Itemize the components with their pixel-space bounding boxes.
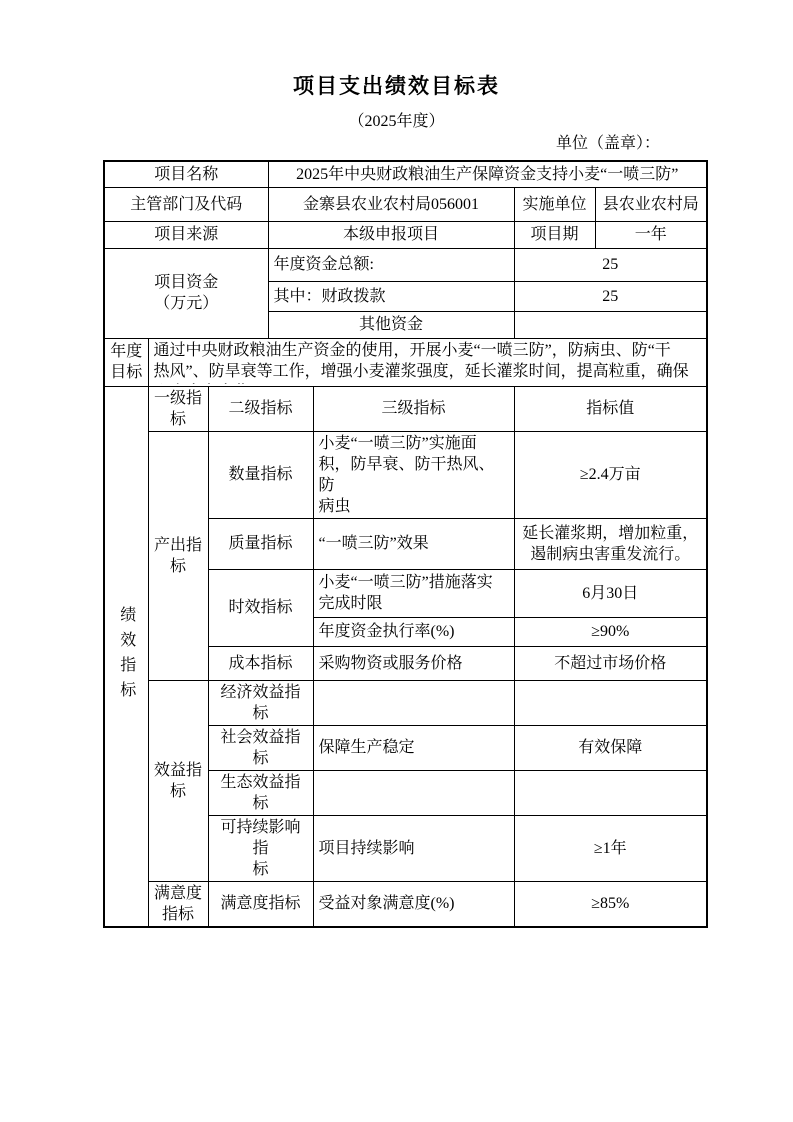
cell-funds-other-label: 其他资金 (268, 311, 514, 338)
cell-funds-total-value: 25 (514, 248, 707, 281)
cell-quality-value: 延长灌浆期，增加粒重， 遏制病虫害重发流行。 (514, 518, 707, 569)
cell-sustainability-value: ≥1年 (514, 815, 707, 881)
cell-project-name-label: 项目名称 (104, 161, 268, 187)
cell-quantity-value: ≥2.4万亩 (514, 431, 707, 518)
cell-economic-benefit-target (313, 680, 514, 725)
cell-social-benefit-value: 有效保障 (514, 725, 707, 770)
page-subtitle: （2025年度） (0, 111, 793, 133)
cell-social-benefit-target: 保障生产稳定 (313, 725, 514, 770)
cell-annual-goal-label: 年度目标 (104, 338, 148, 386)
document-page: 项目支出绩效目标表 （2025年度） 单位（盖章）： 项目名称 2025年中央财… (0, 0, 793, 1122)
cell-quantity-target: 小麦“一喷三防”实施面 积，防早衰、防干热风、防 病虫 (313, 431, 514, 518)
cell-quantity-label: 数量指标 (208, 431, 313, 518)
cell-header-level3: 三级指标 (313, 386, 514, 431)
cell-satisfaction-value: ≥85% (514, 881, 707, 927)
cell-timeliness-value: 6月30日 (514, 569, 707, 617)
unit-seal-label: 单位（盖章）： (556, 133, 660, 155)
cell-quality-label: 质量指标 (208, 518, 313, 569)
cell-group-benefit: 效益指 标 (148, 680, 208, 881)
cell-group-output: 产出指 标 (148, 431, 208, 680)
cell-budget-execution-value: ≥90% (514, 617, 707, 646)
cell-funds-fiscal-value: 25 (514, 281, 707, 311)
cell-impl-unit-label: 实施单位 (514, 187, 595, 221)
cell-timeliness-target: 小麦“一喷三防”措施落实 完成时限 (313, 569, 514, 617)
cell-sustainability-target: 项目持续影响 (313, 815, 514, 881)
cell-funds-label: 项目资金 （万元） (104, 248, 268, 338)
cell-timeliness-label: 时效指标 (208, 569, 313, 646)
row-quantity-indicator: 产出指 标 数量指标 小麦“一喷三防”实施面 积，防早衰、防干热风、防 病虫 ≥… (104, 431, 707, 518)
cell-project-name-value: 2025年中央财政粮油生产保障资金支持小麦“一喷三防” (268, 161, 707, 187)
cell-performance-side-label: 绩效指标 (104, 386, 148, 927)
cell-group-satisfaction: 满意度 指标 (148, 881, 208, 927)
cell-annual-goal-text: 通过中央财政粮油生产资金的使用，开展小麦“一喷三防”，防病虫、防“干 热风”、防… (148, 338, 707, 386)
cell-budget-execution-target: 年度资金执行率(%) (313, 617, 514, 646)
row-department: 主管部门及代码 金寨县农业农村局056001 实施单位 县农业农村局 (104, 187, 707, 221)
cell-satisfaction-target: 受益对象满意度(%) (313, 881, 514, 927)
cell-cost-label: 成本指标 (208, 646, 313, 680)
cell-header-level2: 二级指标 (208, 386, 313, 431)
cell-source-value: 本级申报项目 (268, 221, 514, 248)
cell-ecological-benefit-value (514, 770, 707, 815)
row-indicator-header: 绩效指标 一级指 标 二级指标 三级指标 指标值 (104, 386, 707, 431)
cell-header-value: 指标值 (514, 386, 707, 431)
performance-target-table: 项目名称 2025年中央财政粮油生产保障资金支持小麦“一喷三防” 主管部门及代码… (103, 160, 708, 928)
cell-funds-total-label: 年度资金总额: (268, 248, 514, 281)
row-funds-total: 项目资金 （万元） 年度资金总额: 25 (104, 248, 707, 281)
cell-dept-value: 金寨县农业农村局056001 (268, 187, 514, 221)
cell-funds-fiscal-label: 其中：财政拨款 (268, 281, 514, 311)
cell-ecological-benefit-label: 生态效益指标 (208, 770, 313, 815)
cell-sustainability-label: 可持续影响指 标 (208, 815, 313, 881)
cell-funds-other-value (514, 311, 707, 338)
cell-impl-unit-value: 县农业农村局 (595, 187, 707, 221)
row-project-source: 项目来源 本级申报项目 项目期 一年 (104, 221, 707, 248)
cell-cost-target: 采购物资或服务价格 (313, 646, 514, 680)
annual-goal-text-clipped: 通过中央财政粮油生产资金的使用，开展小麦“一喷三防”，防病虫、防“干 热风”、防… (154, 340, 702, 384)
cell-source-label: 项目来源 (104, 221, 268, 248)
row-satisfaction: 满意度 指标 满意度指标 受益对象满意度(%) ≥85% (104, 881, 707, 927)
cell-period-value: 一年 (595, 221, 707, 248)
row-annual-goal: 年度目标 通过中央财政粮油生产资金的使用，开展小麦“一喷三防”，防病虫、防“干 … (104, 338, 707, 386)
cell-social-benefit-label: 社会效益指标 (208, 725, 313, 770)
cell-dept-label: 主管部门及代码 (104, 187, 268, 221)
row-economic-benefit: 效益指 标 经济效益指标 (104, 680, 707, 725)
row-project-name: 项目名称 2025年中央财政粮油生产保障资金支持小麦“一喷三防” (104, 161, 707, 187)
cell-quality-target: “一喷三防”效果 (313, 518, 514, 569)
page-title: 项目支出绩效目标表 (0, 72, 793, 102)
cell-economic-benefit-label: 经济效益指标 (208, 680, 313, 725)
cell-period-label: 项目期 (514, 221, 595, 248)
cell-satisfaction-label: 满意度指标 (208, 881, 313, 927)
cell-header-level1: 一级指 标 (148, 386, 208, 431)
cell-ecological-benefit-target (313, 770, 514, 815)
cell-cost-value: 不超过市场价格 (514, 646, 707, 680)
performance-side-label-text: 绩效指标 (116, 606, 137, 706)
cell-economic-benefit-value (514, 680, 707, 725)
